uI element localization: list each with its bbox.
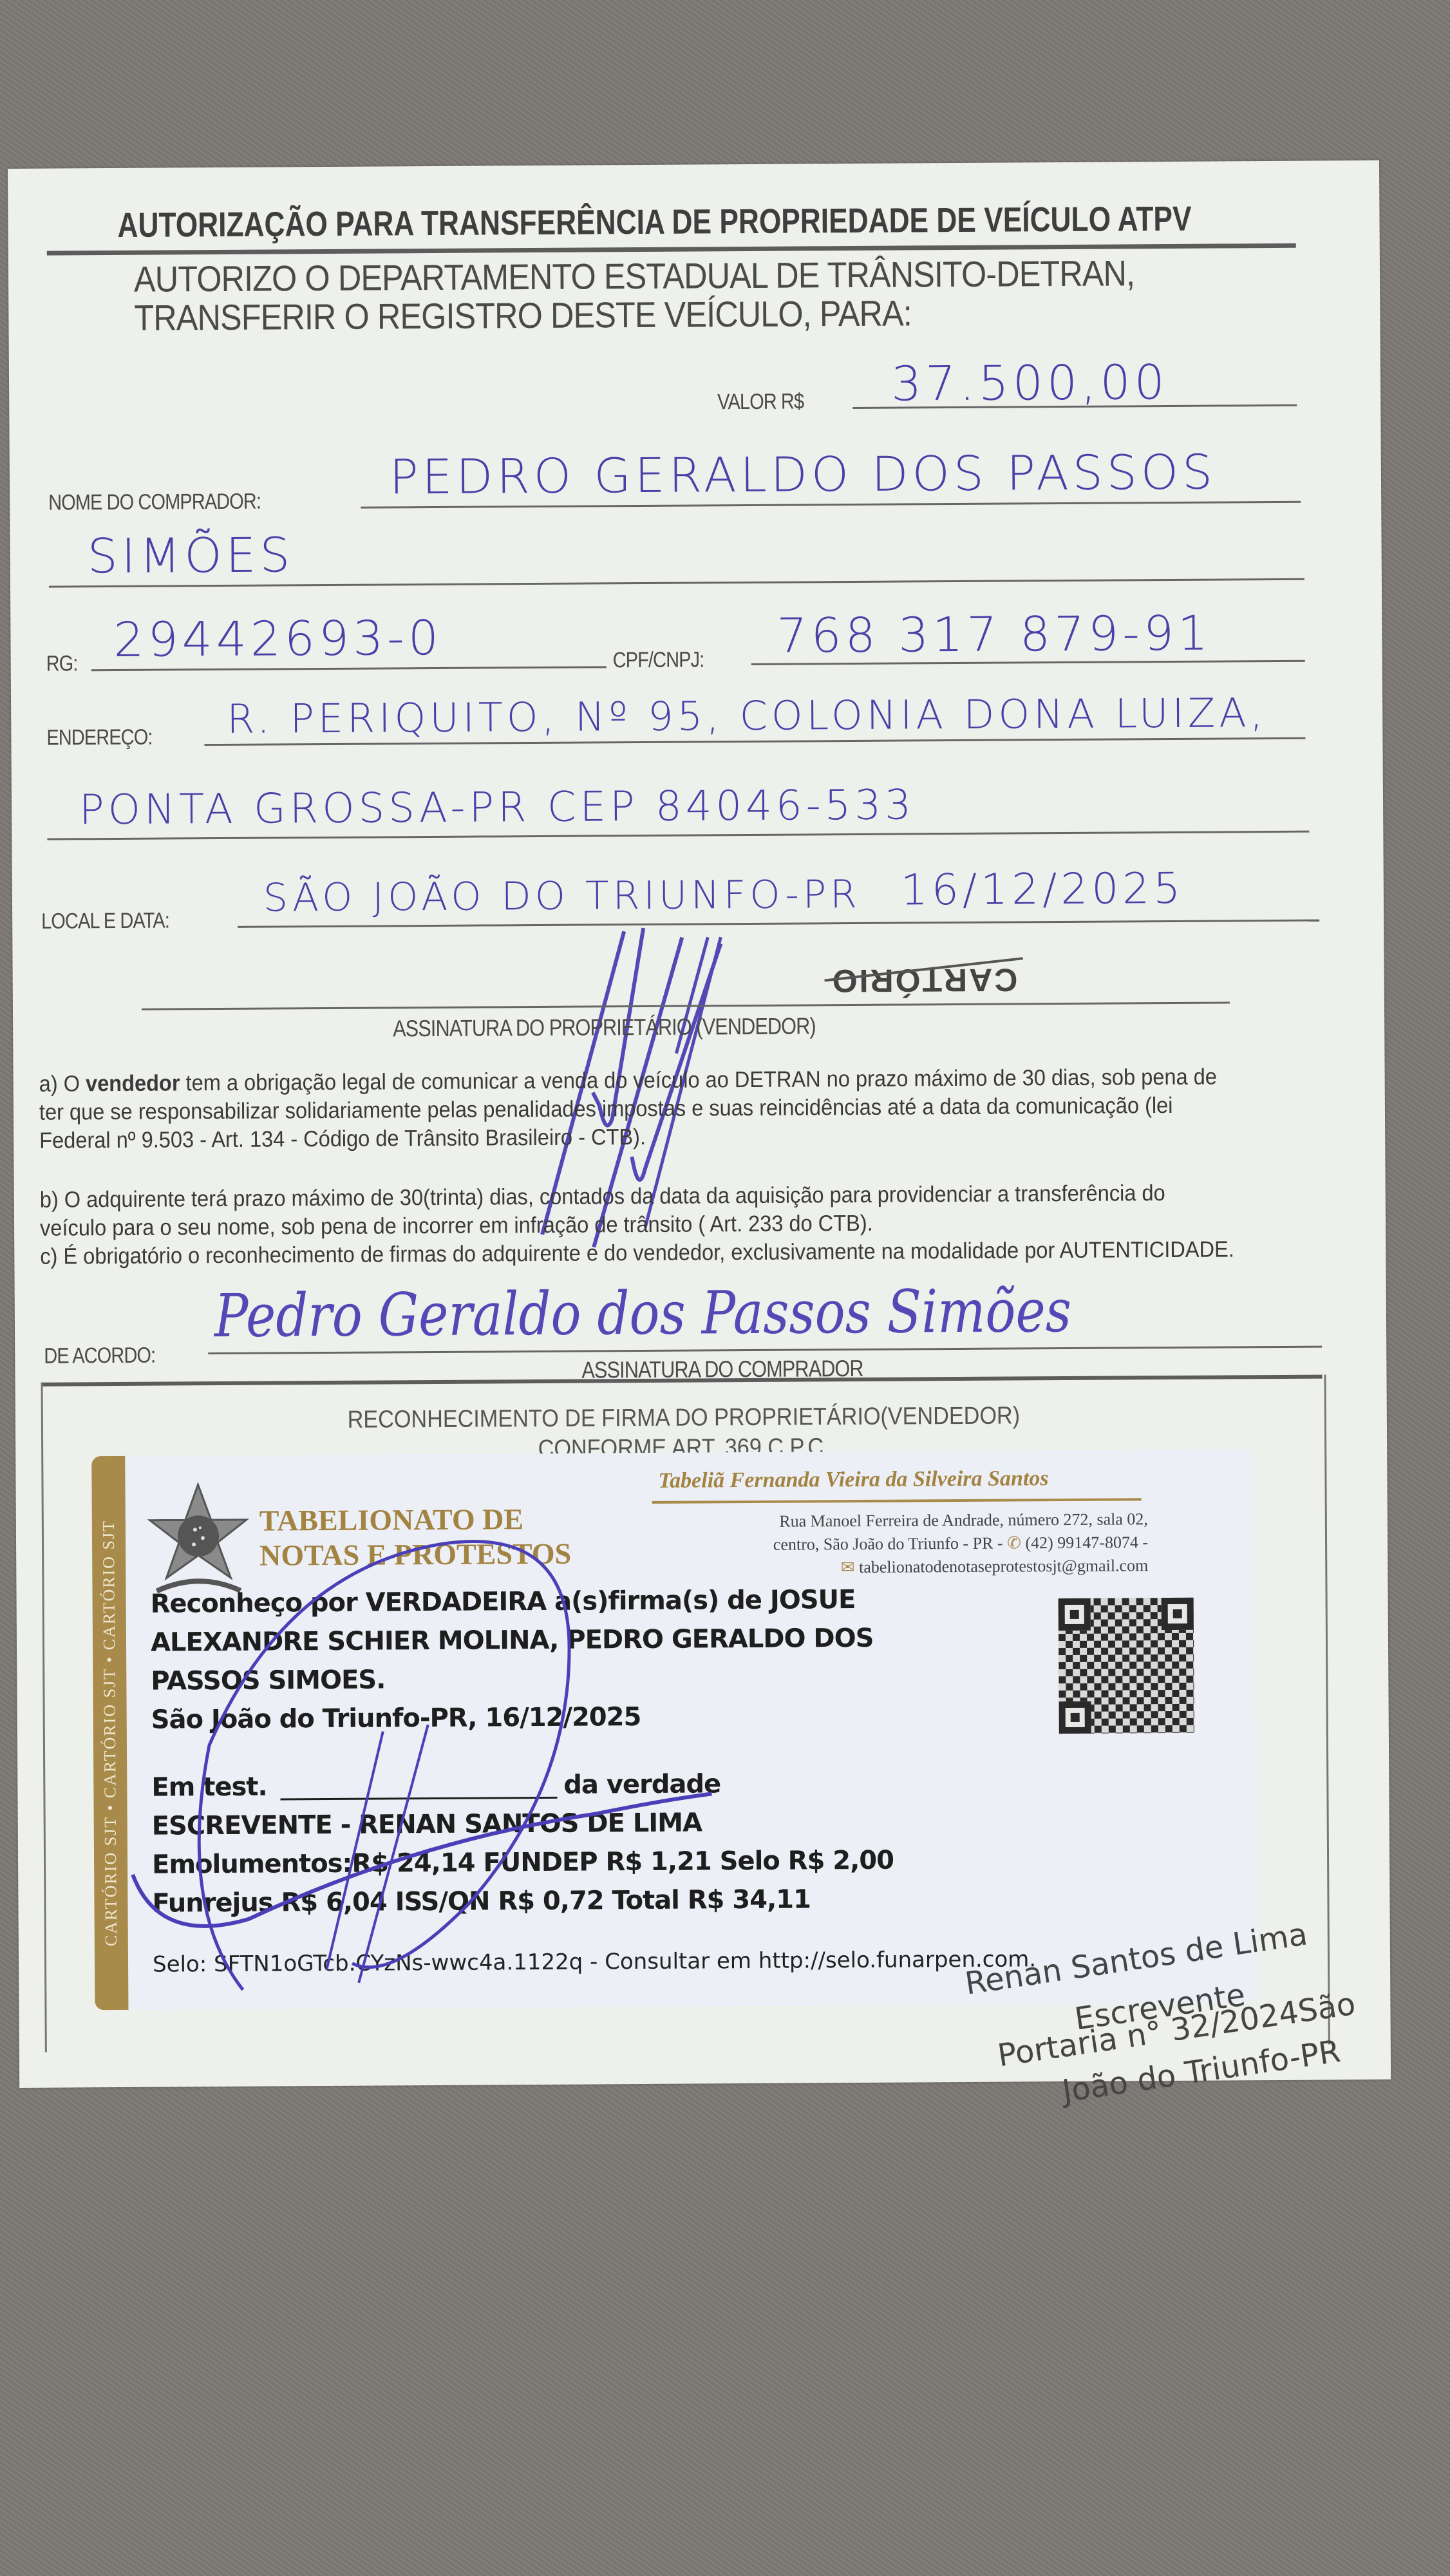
atpv-document: AUTORIZAÇÃO PARA TRANSFERÊNCIA DE PROPRI… xyxy=(8,160,1391,2088)
vendor-signature-caption: ASSINATURA DO PROPRIETÁRIO (VENDEDOR) xyxy=(393,1012,816,1042)
clause-a: a) O vendedor tem a obrigação legal de c… xyxy=(39,1063,1238,1155)
valor-value: 37.500,00 xyxy=(891,355,1169,412)
valor-label: VALOR R$ xyxy=(717,389,804,415)
cpf-label: CPF/CNPJ: xyxy=(613,647,704,673)
endereco-value-line2: PONTA GROSSA-PR CEP 84046-533 xyxy=(79,781,915,834)
date-value: 16/12/2025 xyxy=(901,864,1185,915)
endereco-label: ENDEREÇO: xyxy=(46,725,152,751)
local-data-label: LOCAL E DATA: xyxy=(41,908,169,934)
nome-value-line2: SIMÕES xyxy=(87,527,294,584)
de-acordo-label: DE ACORDO: xyxy=(44,1343,155,1369)
clause-b: b) O adquirente terá prazo máximo de 30(… xyxy=(40,1179,1238,1242)
clerk-stamp: Renan Santos de Lima Escrevente Portaria… xyxy=(965,1964,1359,2110)
nome-label: NOME DO COMPRADOR: xyxy=(48,489,261,516)
rg-value: 29442693-0 xyxy=(113,611,442,668)
whatsapp-icon: ✆ xyxy=(1007,1533,1021,1552)
local-value: SÃO JOÃO DO TRIUNFO-PR xyxy=(263,872,861,921)
rg-label: RG: xyxy=(46,651,78,676)
cpf-value: 768 317 879-91 xyxy=(777,606,1212,664)
qr-code[interactable] xyxy=(1059,1598,1194,1734)
cartorio-stamp-mirrored: CARTÓRIO xyxy=(831,961,1018,999)
intro-line-1: AUTORIZO O DEPARTAMENTO ESTADUAL DE TRÂN… xyxy=(134,252,1135,299)
document-title: AUTORIZAÇÃO PARA TRANSFERÊNCIA DE PROPRI… xyxy=(117,199,1191,245)
notary-label: CARTÓRIO SJT • CARTÓRIO SJT • CARTÓRIO S… xyxy=(91,1449,1257,2010)
pen-loop-signature xyxy=(79,1451,983,2011)
endereco-value-line1: R. PERIQUITO, Nº 95, COLONIA DONA LUIZA, xyxy=(227,689,1267,743)
nome-value-line1: PEDRO GERALDO DOS PASSOS xyxy=(390,445,1217,506)
recon-title-line1: RECONHECIMENTO DE FIRMA DO PROPRIETÁRIO(… xyxy=(107,1401,1260,1435)
intro-line-2: TRANSFERIR O REGISTRO DESTE VEÍCULO, PAR… xyxy=(134,292,912,338)
buyer-signature: Pedro Geraldo dos Passos Simões xyxy=(214,1276,1072,1350)
